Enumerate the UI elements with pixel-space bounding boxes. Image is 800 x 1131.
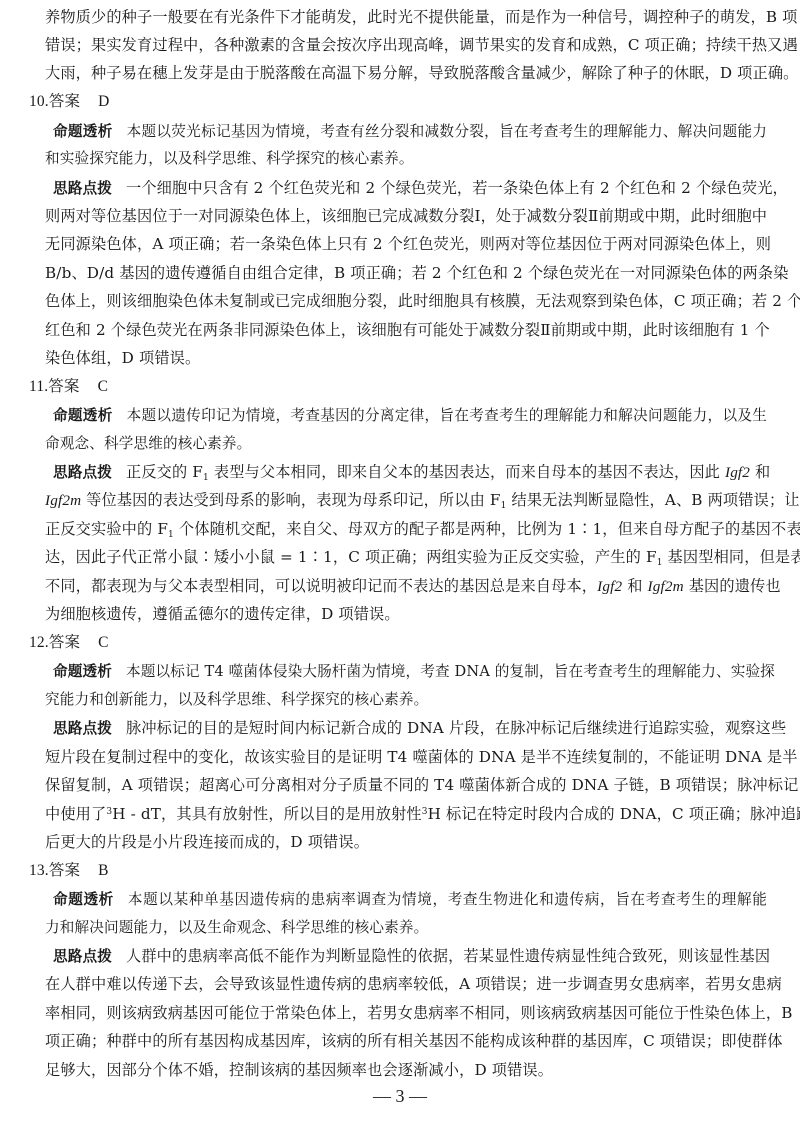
hint-label: 思路点拨 bbox=[53, 720, 112, 737]
hint-line: 不同，都表现为与父本表型相同，可以说明被印记而不表达的基因总是来自母本，Igf2… bbox=[45, 572, 767, 600]
hint-line: Igf2m 等位基因的表达受到母系的影响，表现为母系印记，所以由 F1 结果无法… bbox=[45, 486, 767, 514]
question-number: 12. bbox=[29, 634, 49, 651]
hint-line: 思路点拨正反交的 F1 表型与父本相同，即来自父本的基因表达，而来自母本的基因不… bbox=[53, 458, 767, 486]
analysis-line: 命题透析本题以标记 T4 噬菌体侵染大肠杆菌为情境，考查 DNA 的复制，旨在考… bbox=[53, 657, 767, 685]
analysis-label: 命题透析 bbox=[53, 663, 112, 680]
answer-label: 答案 bbox=[49, 634, 80, 651]
hint-text: 率相同，则该病致病基因可能位于常染色体上，若男女患病率不相同，则该病致病基因可能… bbox=[45, 999, 767, 1027]
answer-value: C bbox=[98, 634, 109, 651]
hint-text: 一个细胞中只含有 2 个红色荧光和 2 个绿色荧光，若一条染色体上有 2 个红色… bbox=[126, 179, 788, 197]
hint-text: 在人群中难以传递下去，会导致该显性遗传病的患病率较低，A 项错误；进一步调查男女… bbox=[45, 970, 767, 998]
hint-label: 思路点拨 bbox=[53, 180, 112, 197]
hint-text: 红色和 2 个绿色荧光在两条非同源染色体上，该细胞有可能处于减数分裂Ⅱ前期或中期… bbox=[45, 316, 767, 344]
question-header: 13.答案B bbox=[29, 857, 109, 885]
analysis-label: 命题透析 bbox=[53, 123, 113, 140]
hint-text: 项正确；种群中的所有基因构成基因库，该病的所有相关基因不能构成该种群的基因库，C… bbox=[45, 1027, 767, 1055]
hint-text: 为细胞核遗传，遵循孟德尔的遗传定律，D 项错误。 bbox=[45, 600, 767, 628]
analysis-line: 命题透析本题以遗传印记为情境，考查基因的分离定律，旨在考查考生的理解能力和解决问… bbox=[53, 401, 767, 429]
hint-text: 等位基因的表达受到母系的影响，表现为母系印记，所以由 F bbox=[81, 491, 500, 509]
gene-name: Igf2 bbox=[597, 578, 622, 595]
hint-text: 基因的遗传也 bbox=[684, 577, 781, 595]
analysis-text: 命观念、科学思维的核心素养。 bbox=[45, 430, 767, 458]
hint-text: 后更大的片段是小片段连接而成的，D 项错误。 bbox=[45, 828, 767, 856]
analysis-label: 命题透析 bbox=[53, 891, 114, 908]
answer-value: D bbox=[98, 93, 109, 110]
gene-name: Igf2m bbox=[648, 578, 684, 595]
answer-value: B bbox=[98, 862, 109, 879]
question-number: 10. bbox=[29, 93, 49, 110]
hint-text: B/b、D/d 基因的遗传遵循自由组合定律，B 项正确；若 2 个红色和 2 个… bbox=[45, 259, 767, 287]
hint-text: 则两对等位基因位于一对同源染色体上，该细胞已完成减数分裂Ⅰ，处于减数分裂Ⅱ前期或… bbox=[45, 202, 767, 230]
answer-label: 答案 bbox=[49, 93, 80, 110]
analysis-text: 本题以标记 T4 噬菌体侵染大肠杆菌为情境，考查 DNA 的复制，旨在考查考生的… bbox=[126, 663, 775, 680]
hint-label: 思路点拨 bbox=[53, 948, 112, 965]
hint-text: 表型与父本相同，即来自父本的基因表达，而来自母本的基因不表达，因此 bbox=[209, 463, 725, 481]
hint-label: 思路点拨 bbox=[53, 464, 112, 481]
analysis-text: 本题以遗传印记为情境，考查基因的分离定律，旨在考查考生的理解能力和解决问题能力，… bbox=[127, 407, 767, 424]
hint-text: 达，因此子代正常小鼠∶矮小小鼠 = 1∶1，C 项正确；两组实验为正反交实验，产… bbox=[45, 548, 657, 566]
question-header: 10.答案D bbox=[29, 88, 109, 116]
hint-text: 正反交实验中的 F bbox=[45, 520, 168, 538]
hint-line: 思路点拨脉冲标记的目的是短时间内标记新合成的 DNA 片段，在脉冲标记后继续进行… bbox=[53, 714, 767, 742]
hint-text: 基因型相同，但是表型 bbox=[663, 548, 800, 566]
analysis-text: 和实验探究能力，以及科学思维、科学探究的核心素养。 bbox=[45, 145, 767, 173]
answer-value: C bbox=[98, 378, 109, 395]
hint-text: H 标记在特定时段内合成的 DNA，C 项正确；脉冲追踪 bbox=[428, 805, 800, 823]
question-number: 13. bbox=[29, 862, 49, 879]
hint-text: 染色体组，D 项错误。 bbox=[45, 344, 767, 372]
gene-name: Igf2 bbox=[725, 464, 750, 481]
text-line: 大雨，种子易在穗上发芽是由于脱落酸在高温下易分解，导致脱落酸含量减少，解除了种子… bbox=[45, 59, 767, 87]
hint-line: 正反交实验中的 F1 个体随机交配，来自父、母双方的配子都是两种，比例为 1∶1… bbox=[45, 515, 767, 543]
hint-text: 和 bbox=[750, 463, 770, 481]
hint-text: 正反交的 F bbox=[126, 463, 203, 481]
hint-text: 无同源染色体，A 项正确；若一条染色体上只有 2 个红色荧光，则两对等位基因位于… bbox=[45, 230, 767, 258]
answer-label: 答案 bbox=[48, 378, 79, 395]
hint-text: 结果无法判断显隐性，A、B 两项错误；让 bbox=[507, 491, 800, 509]
analysis-line: 命题透析本题以某种单基因遗传病的患病率调查为情境，考查生物进化和遗传病，旨在考查… bbox=[53, 885, 767, 913]
hint-line: 中使用了3H - dT，其具有放射性，所以目的是用放射性3H 标记在特定时段内合… bbox=[45, 800, 767, 828]
hint-text: 脉冲标记的目的是短时间内标记新合成的 DNA 片段，在脉冲标记后继续进行追踪实验… bbox=[126, 719, 786, 737]
question-number: 11. bbox=[29, 378, 48, 395]
analysis-text: 本题以某种单基因遗传病的患病率调查为情境，考查生物进化和遗传病，旨在考查考生的理… bbox=[128, 891, 767, 908]
hint-line: 达，因此子代正常小鼠∶矮小小鼠 = 1∶1，C 项正确；两组实验为正反交实验，产… bbox=[45, 543, 767, 571]
text-line: 错误；果实发育过程中，各种激素的含量会按次序出现高峰，调节果实的发育和成熟，C … bbox=[45, 31, 767, 59]
hint-text: 人群中的患病率高低不能作为判断显隐性的依据，若某显性遗传病显性纯合致死，则该显性… bbox=[126, 947, 770, 965]
gene-name: Igf2m bbox=[45, 492, 81, 509]
answer-label: 答案 bbox=[49, 862, 80, 879]
analysis-line: 命题透析本题以荧光标记基因为情境，考查有丝分裂和减数分裂，旨在考查考生的理解能力… bbox=[53, 117, 767, 145]
hint-text: 足够大，因部分个体不婚，控制该病的基因频率也会逐渐减小，D 项错误。 bbox=[45, 1056, 767, 1084]
text-line: 养物质少的种子一般要在有光条件下才能萌发，此时光不提供能量，而是作为一种信号，调… bbox=[45, 3, 767, 31]
hint-text: 不同，都表现为与父本表型相同，可以说明被印记而不表达的基因总是来自母本， bbox=[45, 577, 597, 595]
hint-text: 个体随机交配，来自父、母双方的配子都是两种，比例为 1∶1，但来自母方配子的基因… bbox=[174, 520, 800, 538]
question-header: 11.答案C bbox=[29, 373, 108, 401]
analysis-label: 命题透析 bbox=[53, 407, 113, 424]
hint-text: 短片段在复制过程中的变化，故该实验目的是证明 T4 噬菌体的 DNA 是半不连续… bbox=[45, 743, 767, 771]
hint-text: 和 bbox=[622, 577, 647, 595]
analysis-text: 力和解决问题能力，以及生命观念、科学思维的核心素养。 bbox=[45, 914, 767, 942]
hint-line: 思路点拨人群中的患病率高低不能作为判断显隐性的依据，若某显性遗传病显性纯合致死，… bbox=[53, 942, 767, 970]
hint-text: 色体上，则该细胞染色体未复制或已完成细胞分裂，此时细胞具有核膜，无法观察到染色体… bbox=[45, 287, 767, 315]
hint-text: H - dT，其具有放射性，所以目的是用放射性 bbox=[112, 805, 422, 823]
analysis-text: 究能力和创新能力，以及科学思维、科学探究的核心素养。 bbox=[45, 686, 767, 714]
hint-text: 保留复制，A 项错误；超离心可分离相对分子质量不同的 T4 噬菌体新合成的 DN… bbox=[45, 771, 767, 799]
hint-line: 思路点拨一个细胞中只含有 2 个红色荧光和 2 个绿色荧光，若一条染色体上有 2… bbox=[53, 174, 767, 202]
page-number: — 3 — bbox=[0, 1086, 800, 1107]
hint-text: 中使用了 bbox=[45, 805, 106, 823]
question-header: 12.答案C bbox=[29, 629, 109, 657]
analysis-text: 本题以荧光标记基因为情境，考查有丝分裂和减数分裂，旨在考查考生的理解能力、解决问… bbox=[127, 123, 767, 140]
